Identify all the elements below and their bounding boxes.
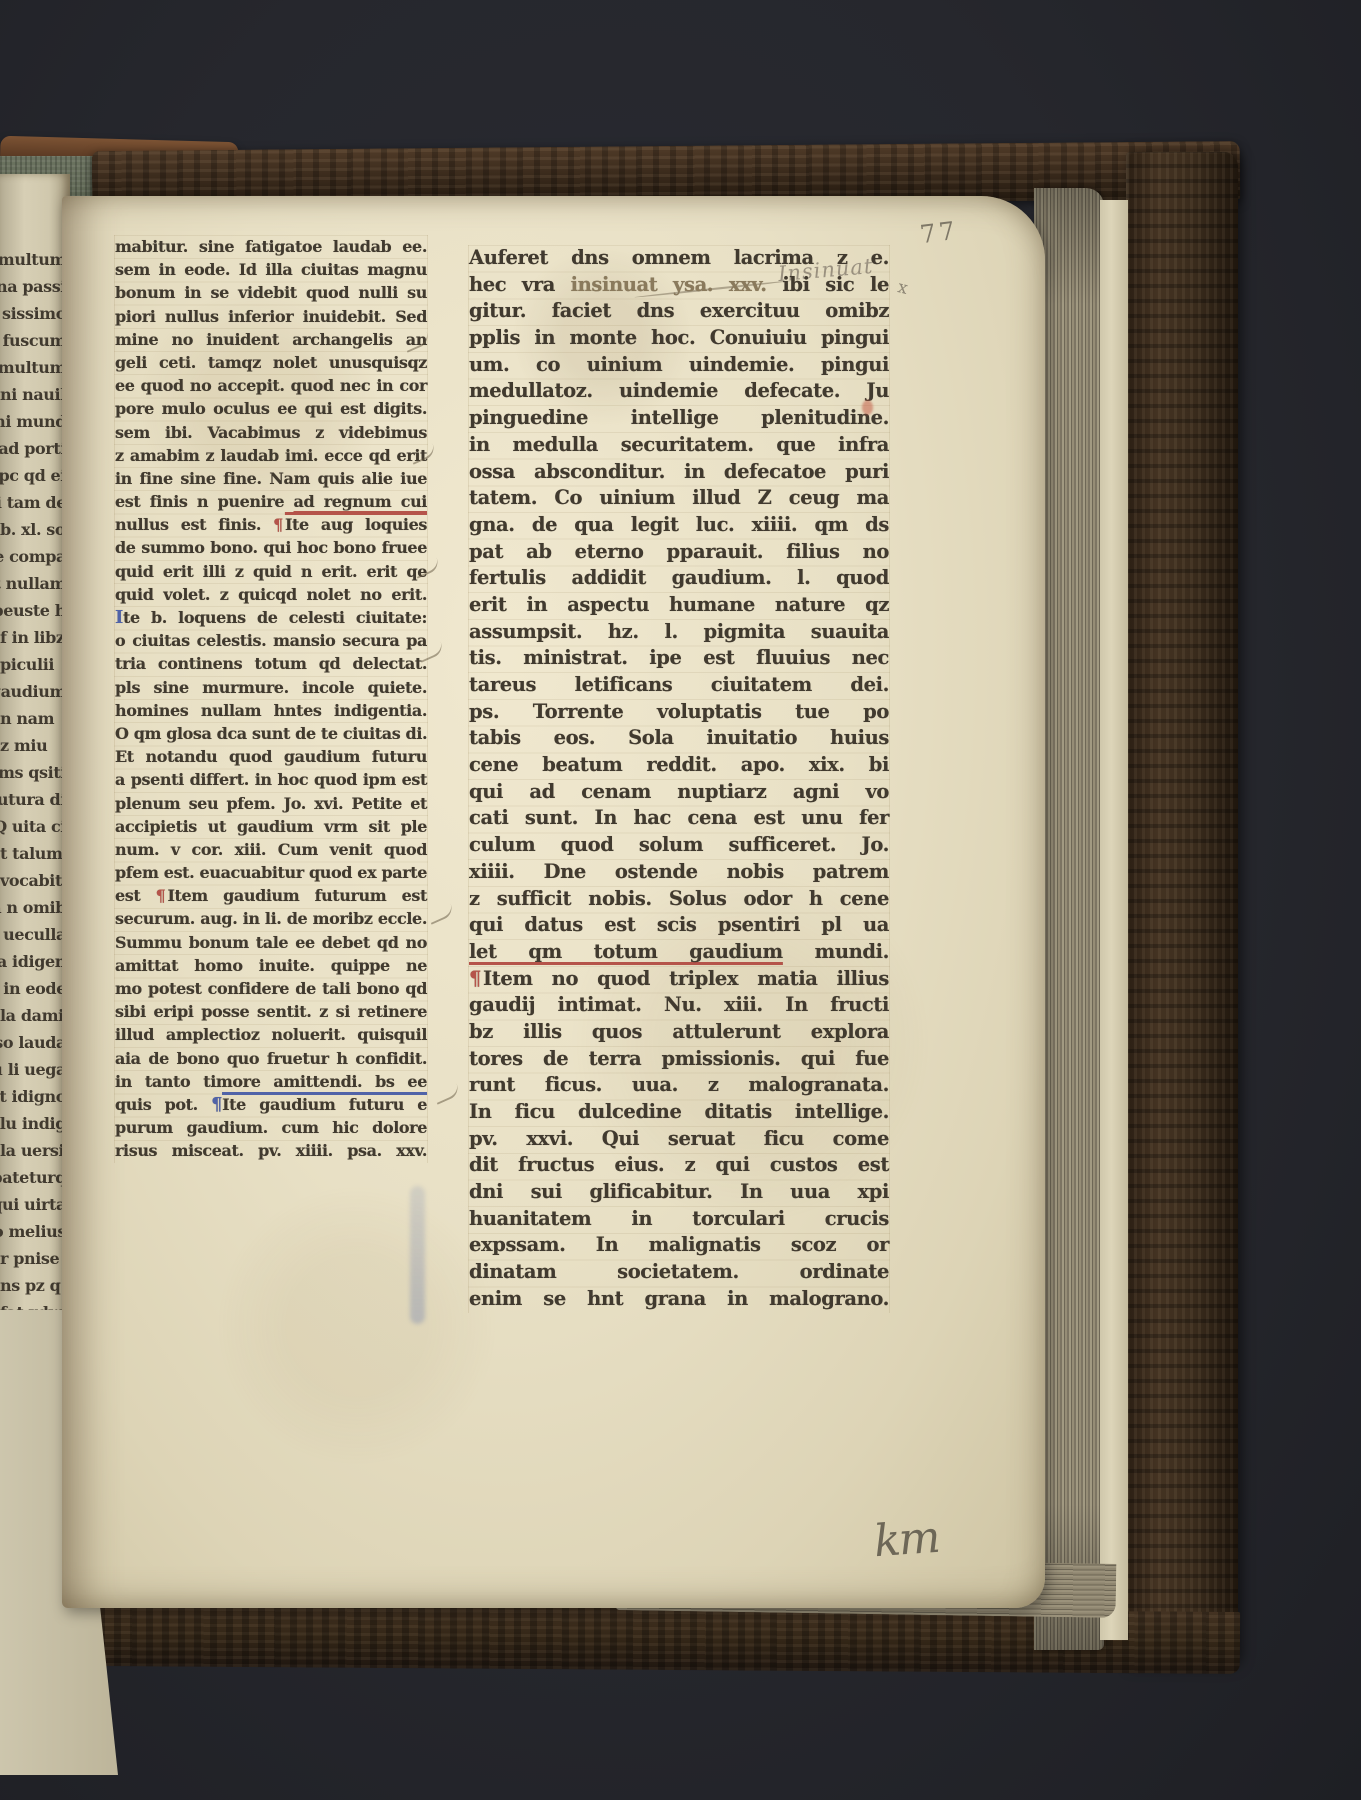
manuscript-photograph: qs multumna passio sissimob it fuscumi m… <box>0 0 1361 1800</box>
text-line: v ueculla <box>0 921 66 948</box>
text-line: est finis n puenire ad regnum cui <box>115 490 427 513</box>
fore-edge-flyleaf <box>1100 200 1128 1640</box>
text-line: ni nauil <box>0 381 66 408</box>
text-line: enim se hnt grana in malograno. <box>469 1286 889 1313</box>
red-ink-blot <box>862 400 873 415</box>
text-line: sibi eripi posse sentit. z si retinere <box>115 1000 427 1023</box>
text-line: f in libz <box>0 624 66 651</box>
text-line: tu li uega <box>0 1056 66 1083</box>
text-line: ee quod no accepit. quod nec in cor <box>115 374 427 397</box>
text-line: llu indig <box>0 1110 66 1137</box>
text-line: num. v cor. xiii. Cum venit quod <box>115 838 427 861</box>
text-line: gna. de qua legit luc. xiiii. qm ds <box>469 512 889 539</box>
text-line: t nullam <box>0 570 66 597</box>
text-line: la uersi <box>0 1137 66 1164</box>
text-line: i multum <box>0 354 66 381</box>
text-line: illud amplectioz noluerit. quisquil <box>115 1023 427 1046</box>
text-line: quis pot. ¶Ite gaudium futuru e <box>115 1093 427 1116</box>
text-line: bz illis quos attulerunt explora <box>469 1019 889 1046</box>
text-line: tores de terra pmissionis. qui fue <box>469 1046 889 1073</box>
text-line: fertulis addidit gaudium. l. quod <box>469 565 889 592</box>
text-line: qui datus est scis psentiri pl ua <box>469 912 889 939</box>
text-line: amittat homo inuite. quippe ne <box>115 954 427 977</box>
text-line: pat ab eterno pparauit. filius no <box>469 539 889 566</box>
text-line: aia de bono quo fruetur h confidit. <box>115 1047 427 1070</box>
text-line: ps. Torrente voluptatis tue po <box>469 699 889 726</box>
text-line: mabitur. sine fatigatoe laudab ee. <box>115 235 427 258</box>
text-line: la dami <box>0 1002 66 1029</box>
text-line: ns pz q <box>0 1272 66 1299</box>
text-line: Q uita ci <box>0 813 66 840</box>
text-line: medullatoz. uindemie defecate. Ju <box>469 378 889 405</box>
text-line: hec vra insinuat ysa. xxv. ibi sic le <box>469 272 889 299</box>
text-line: z amabim z laudab imi. ecce qd erit <box>115 444 427 467</box>
text-line: xiiii. Dne ostende nobis patrem <box>469 859 889 886</box>
text-line: in medulla securitatem. que infra <box>469 432 889 459</box>
tie-mark <box>427 903 456 925</box>
text-line: Summu bonum tale ee debet qd no <box>115 931 427 954</box>
text-line: vocabit <box>0 867 66 894</box>
text-column-1: mabitur. sine fatigatoe laudab ee.sem in… <box>114 235 428 1163</box>
text-line: b. xl. so <box>0 516 66 543</box>
text-line: pinguedine intellige plenitudine. <box>469 405 889 432</box>
text-line: in tanto timore amittendi. bs ee <box>115 1070 427 1093</box>
text-line: In ficu dulcedine ditatis intellige. <box>469 1099 889 1126</box>
text-line: assumpsit. hz. l. pigmita suauita <box>469 619 889 646</box>
text-line: O qm glosa dca sunt de te ciuitas di. <box>115 722 427 745</box>
text-line: plenum seu pfem. Jo. xvi. Petite et <box>115 792 427 815</box>
text-line: tareus letificans ciuitatem dei. <box>469 672 889 699</box>
text-line: Et notandu quod gaudium futuru <box>115 745 427 768</box>
text-line: cati sunt. In hac cena est unu fer <box>469 805 889 832</box>
text-line: homines nullam hntes indigentia. <box>115 699 427 722</box>
text-line: t talum <box>0 840 66 867</box>
text-line: bonum in se videbit quod nulli su <box>115 281 427 304</box>
text-line: risus misceat. pv. xiiii. psa. xxv. <box>115 1139 427 1162</box>
text-line: sem ibi. Vacabimus z videbimus <box>115 421 427 444</box>
left-page-text-fragments: qs multumna passio sissimob it fuscumi m… <box>0 246 66 1326</box>
text-line: nullus est finis. ¶Ite aug loquies <box>115 513 427 536</box>
manuscript-recto-page: 77 x Insinuat mabitur. sine fatigatoe la… <box>62 196 1045 1608</box>
text-line: gaudium <box>0 678 66 705</box>
text-line: b it fuscum <box>0 327 66 354</box>
text-line: quid volet. z quicqd nolet no erit. <box>115 583 427 606</box>
text-line: pc qd ei <box>0 462 66 489</box>
text-line: tis. ministrat. ipe est fluuius nec <box>469 645 889 672</box>
text-line: geli ceti. tamqz nolet unusquisqz <box>115 351 427 374</box>
binding-right-cover <box>1126 152 1238 1668</box>
text-line: qui uirta <box>0 1191 66 1218</box>
text-line: z miu <box>0 732 66 759</box>
text-line: qs multum <box>0 246 66 273</box>
text-line: accipietis ut gaudium vrm sit ple <box>115 815 427 838</box>
text-line: Ite b. loquens de celesti ciuitate: <box>115 606 427 629</box>
corner-x-mark: x <box>896 277 910 299</box>
text-line: ms qsiti <box>0 759 66 786</box>
text-line: z sufficit nobis. Solus odor h cene <box>469 886 889 913</box>
text-line: dit fructus eius. z qui custos est <box>469 1152 889 1179</box>
bottom-ink-mark: km <box>872 1512 940 1567</box>
text-line: runt ficus. uua. z malogranata. <box>469 1072 889 1099</box>
text-line: gitur. faciet dns exercituu omibz <box>469 298 889 325</box>
text-line: ni mund <box>0 408 66 435</box>
text-line: Auferet dns omnem lacrima z e. <box>469 245 889 272</box>
text-line: e compa <box>0 543 66 570</box>
text-line: ad porti <box>0 435 66 462</box>
text-line: na passi <box>0 273 66 300</box>
text-line: piori nullus inferior inuidebit. Sed <box>115 305 427 328</box>
text-line: dni sui glificabitur. In uua xpi <box>469 1179 889 1206</box>
tie-mark <box>433 1083 462 1105</box>
text-line: expssam. In malignatis scoz or <box>469 1232 889 1259</box>
text-line: dem in eode <box>0 975 66 1002</box>
text-line: gaudij intimat. Nu. xiii. In fructi <box>469 992 889 1019</box>
text-line: huanitatem in torculari crucis <box>469 1206 889 1233</box>
text-line: um. co uinium uindemie. pingui <box>469 352 889 379</box>
text-line: no melius <box>0 1218 66 1245</box>
text-line: pore mulo oculus ee qui est digits. <box>115 397 427 420</box>
text-line: qui ad cenam nuptiarz agni vo <box>469 779 889 806</box>
text-line: pfem est. euacuabitur quod ex parte <box>115 861 427 884</box>
text-line: culum quod solum sufficeret. Jo. <box>469 832 889 859</box>
text-line: in fine sine fine. Nam quis alie iue <box>115 467 427 490</box>
text-line: tria continens totum qd delectat. <box>115 652 427 675</box>
text-line: pplis in monte hoc. Conuiuiu pingui <box>469 325 889 352</box>
text-line: purum gaudium. cum hic dolore <box>115 1116 427 1139</box>
text-line: securum. aug. in li. de moribz eccle. <box>115 907 427 930</box>
folio-number: 77 <box>918 216 959 249</box>
text-line: i tam de <box>0 489 66 516</box>
text-line: o sissimo <box>0 300 66 327</box>
text-line: piculii <box>0 651 66 678</box>
blue-ink-smudge <box>410 1186 425 1324</box>
text-line: r pnise <box>0 1245 66 1272</box>
text-line: pv. xxvi. Qui seruat ficu come <box>469 1126 889 1153</box>
text-line: t beuste h <box>0 597 66 624</box>
text-line: quid erit illi z quid n erit. erit qe <box>115 560 427 583</box>
text-line: est ¶Item gaudium futurum est <box>115 884 427 907</box>
text-line: pateturq <box>0 1164 66 1191</box>
text-line: o ciuitas celestis. mansio secura pa <box>115 629 427 652</box>
text-line: pls sine murmure. incole quiete. <box>115 676 427 699</box>
text-line: ¶Item no quod triplex matia illius <box>469 966 889 993</box>
text-line: futura di <box>0 786 66 813</box>
text-line: mine no inuident archangelis an <box>115 328 427 351</box>
text-line: cene beatum reddit. apo. xix. bi <box>469 752 889 779</box>
text-line: mo potest confidere de tali bono qd <box>115 977 427 1000</box>
text-line: la idigen <box>0 948 66 975</box>
text-column-2: Auferet dns omnem lacrima z e.hec vra in… <box>468 245 890 1313</box>
text-line: nso lauda <box>0 1029 66 1056</box>
text-line: a n omib <box>0 894 66 921</box>
text-line: a psenti differt. in hoc quod ipm est <box>115 768 427 791</box>
text-line: n nam <box>0 705 66 732</box>
text-line: erit in aspectu humane nature qz <box>469 592 889 619</box>
text-line: sem in eode. Id illa ciuitas magnu <box>115 258 427 281</box>
text-line: let qm totum gaudium mundi. <box>469 939 889 966</box>
text-line: dinatam societatem. ordinate <box>469 1259 889 1286</box>
text-line: tabis eos. Sola inuitatio huius <box>469 725 889 752</box>
text-line: tatem. Co uinium illud Z ceug ma <box>469 485 889 512</box>
text-line: ossa absconditur. in defecatoe puri <box>469 459 889 486</box>
text-line: de summo bono. qui hoc bono fruee <box>115 536 427 559</box>
text-line: et idigno <box>0 1083 66 1110</box>
